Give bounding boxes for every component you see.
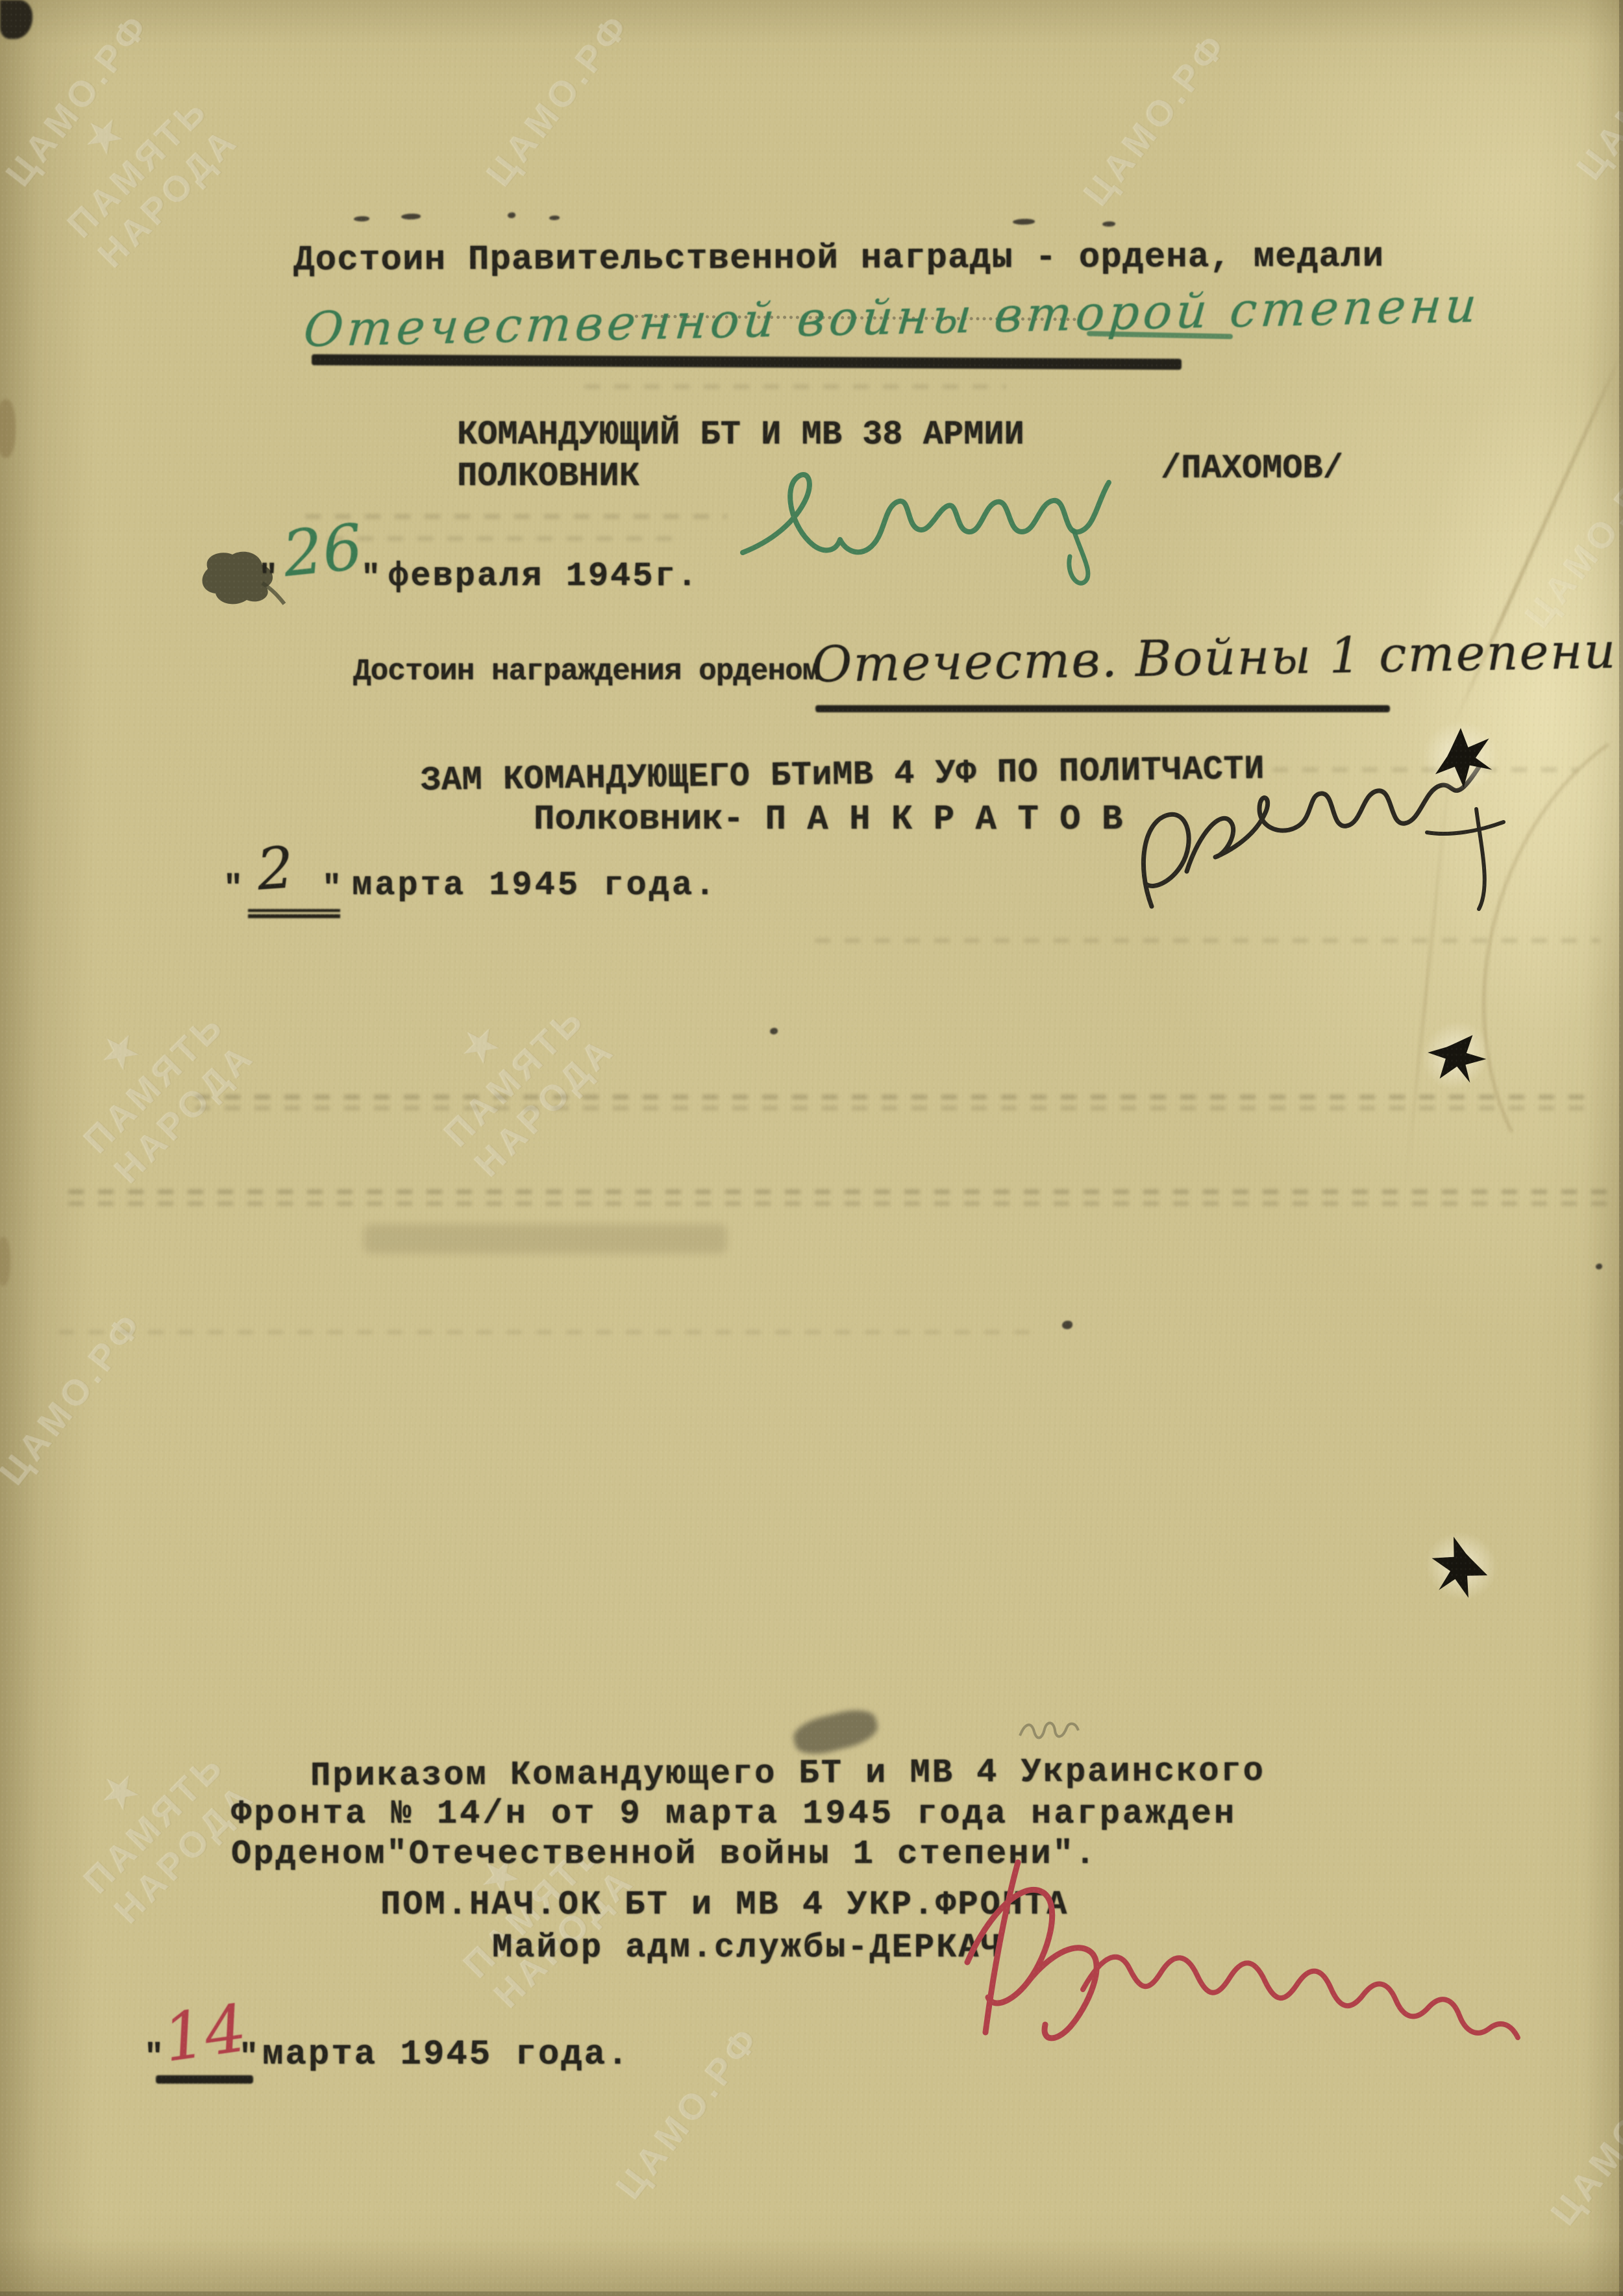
tsamo-watermark: ЦАМО.РФ: [0, 4, 159, 194]
clerk-rank-name: Майор адм.службы-ДЕРКАЧ: [492, 1928, 1003, 1967]
pencil-scribble: [1016, 1717, 1087, 1743]
day-underline: [248, 909, 340, 918]
day-underline: [156, 2075, 253, 2084]
edge-tear: [0, 1237, 10, 1286]
star-icon: ★: [40, 1709, 203, 1871]
paper-hole: [1411, 1518, 1511, 1614]
ink-speck: [508, 212, 515, 218]
ghost-line: [195, 1106, 1597, 1110]
pamyat-naroda-watermark: ★ ПАМЯТЬ НАРОДА: [24, 53, 247, 276]
pakhomov-signature: [734, 425, 1123, 588]
corner-mark: [0, 0, 32, 39]
typed-quote: ": [223, 870, 243, 908]
ghost-line: [195, 1095, 1597, 1099]
ghost-line: [68, 1190, 1613, 1194]
commander-rank: ПОЛКОВНИК: [457, 457, 639, 496]
star-icon: ★: [24, 53, 186, 216]
star-icon: ★: [401, 962, 563, 1125]
ink-speck: [770, 1028, 778, 1034]
handwritten-award-line: Отечественной войны второй степени: [302, 281, 1482, 354]
award-typed-line: Достоин награждения орденом: [353, 655, 819, 689]
pamyat-naroda-watermark: ★ ПАМЯТЬ НАРОДА: [401, 962, 623, 1185]
typed-quote: ": [258, 560, 278, 597]
ghost-line: [584, 384, 1006, 389]
worthiness-typed-line: Достоин Правительственной награды - орде…: [293, 237, 1384, 281]
pamyat-naroda-watermark: ★ ПАМЯТЬ НАРОДА: [40, 969, 263, 1192]
ghost-line: [815, 938, 1600, 943]
ink-speck: [401, 214, 421, 219]
deputy-date: марта 1945 года.: [352, 866, 717, 905]
ink-speck: [549, 216, 560, 220]
handwritten-day-14: 14: [160, 1996, 251, 2072]
order-line-2: Фронта № 14/н от 9 марта 1945 года награ…: [231, 1795, 1237, 1834]
tsamo-watermark: ЦАМО.РФ: [478, 4, 639, 194]
handwritten-day-2: 2: [255, 839, 295, 899]
tsamo-watermark: ЦАМО.РФ: [608, 2017, 769, 2207]
ink-speck: [354, 216, 369, 221]
tsamo-watermark: ЦАМО.РФ: [1568, 0, 1623, 188]
scan-edge: [1619, 0, 1623, 2296]
paper-hole: [1405, 1003, 1507, 1106]
ink-speck: [1013, 219, 1035, 225]
typed-quote: ": [322, 870, 341, 908]
ghost-line: [305, 514, 727, 519]
ghost-line: [68, 1201, 1613, 1206]
award-underline: [815, 705, 1390, 712]
ghost-line: [328, 536, 678, 541]
ink-speck: [1102, 221, 1115, 227]
edge-tear: [0, 399, 16, 458]
star-icon: ★: [40, 969, 203, 1131]
tsamo-watermark: ЦАМО.РФ: [1542, 2043, 1623, 2233]
ghost-line: [58, 1330, 1032, 1334]
typed-quote: ": [361, 560, 380, 597]
award-sheet-scan: ЦАМО.РФ ★ ПАМЯТЬ НАРОДА ЦАМО.РФ ЦАМО.РФ …: [0, 0, 1623, 2296]
tsamo-watermark: ЦАМО.РФ: [0, 1303, 153, 1493]
paper-hole: [1419, 717, 1503, 795]
deputy-rank-name: Полковник- П А Н К Р А Т О В: [534, 800, 1122, 840]
tsamo-watermark: ЦАМО.РФ: [1075, 23, 1237, 214]
handwritten-day-26: 26: [280, 516, 365, 586]
commander-name: /ПАХОМОВ/: [1161, 449, 1343, 488]
typed-quote: ": [144, 2039, 164, 2077]
ink-speck: [1596, 1264, 1602, 1269]
ink-smudge: [790, 1704, 880, 1760]
pamyat-naroda-watermark: ★ ПАМЯТЬ НАРОДА: [40, 1709, 263, 1932]
commander-date: февраля 1945г.: [388, 557, 699, 596]
derkach-signature: [941, 1852, 1539, 2066]
typed-quote: ": [239, 2039, 258, 2077]
clerk-date: марта 1945 года.: [262, 2035, 630, 2075]
scan-edge: [0, 2291, 1623, 2296]
award-handwritten: Отечеств. Войны 1 степени: [811, 626, 1617, 690]
ghost-text-blob: [364, 1224, 727, 1254]
heavy-underline: [312, 354, 1182, 369]
tsamo-watermark: ЦАМО.РФ: [1517, 445, 1623, 636]
order-line-1: Приказом Командующего БТ и МВ 4 Украинск…: [310, 1752, 1265, 1795]
ink-speck: [1062, 1321, 1072, 1329]
